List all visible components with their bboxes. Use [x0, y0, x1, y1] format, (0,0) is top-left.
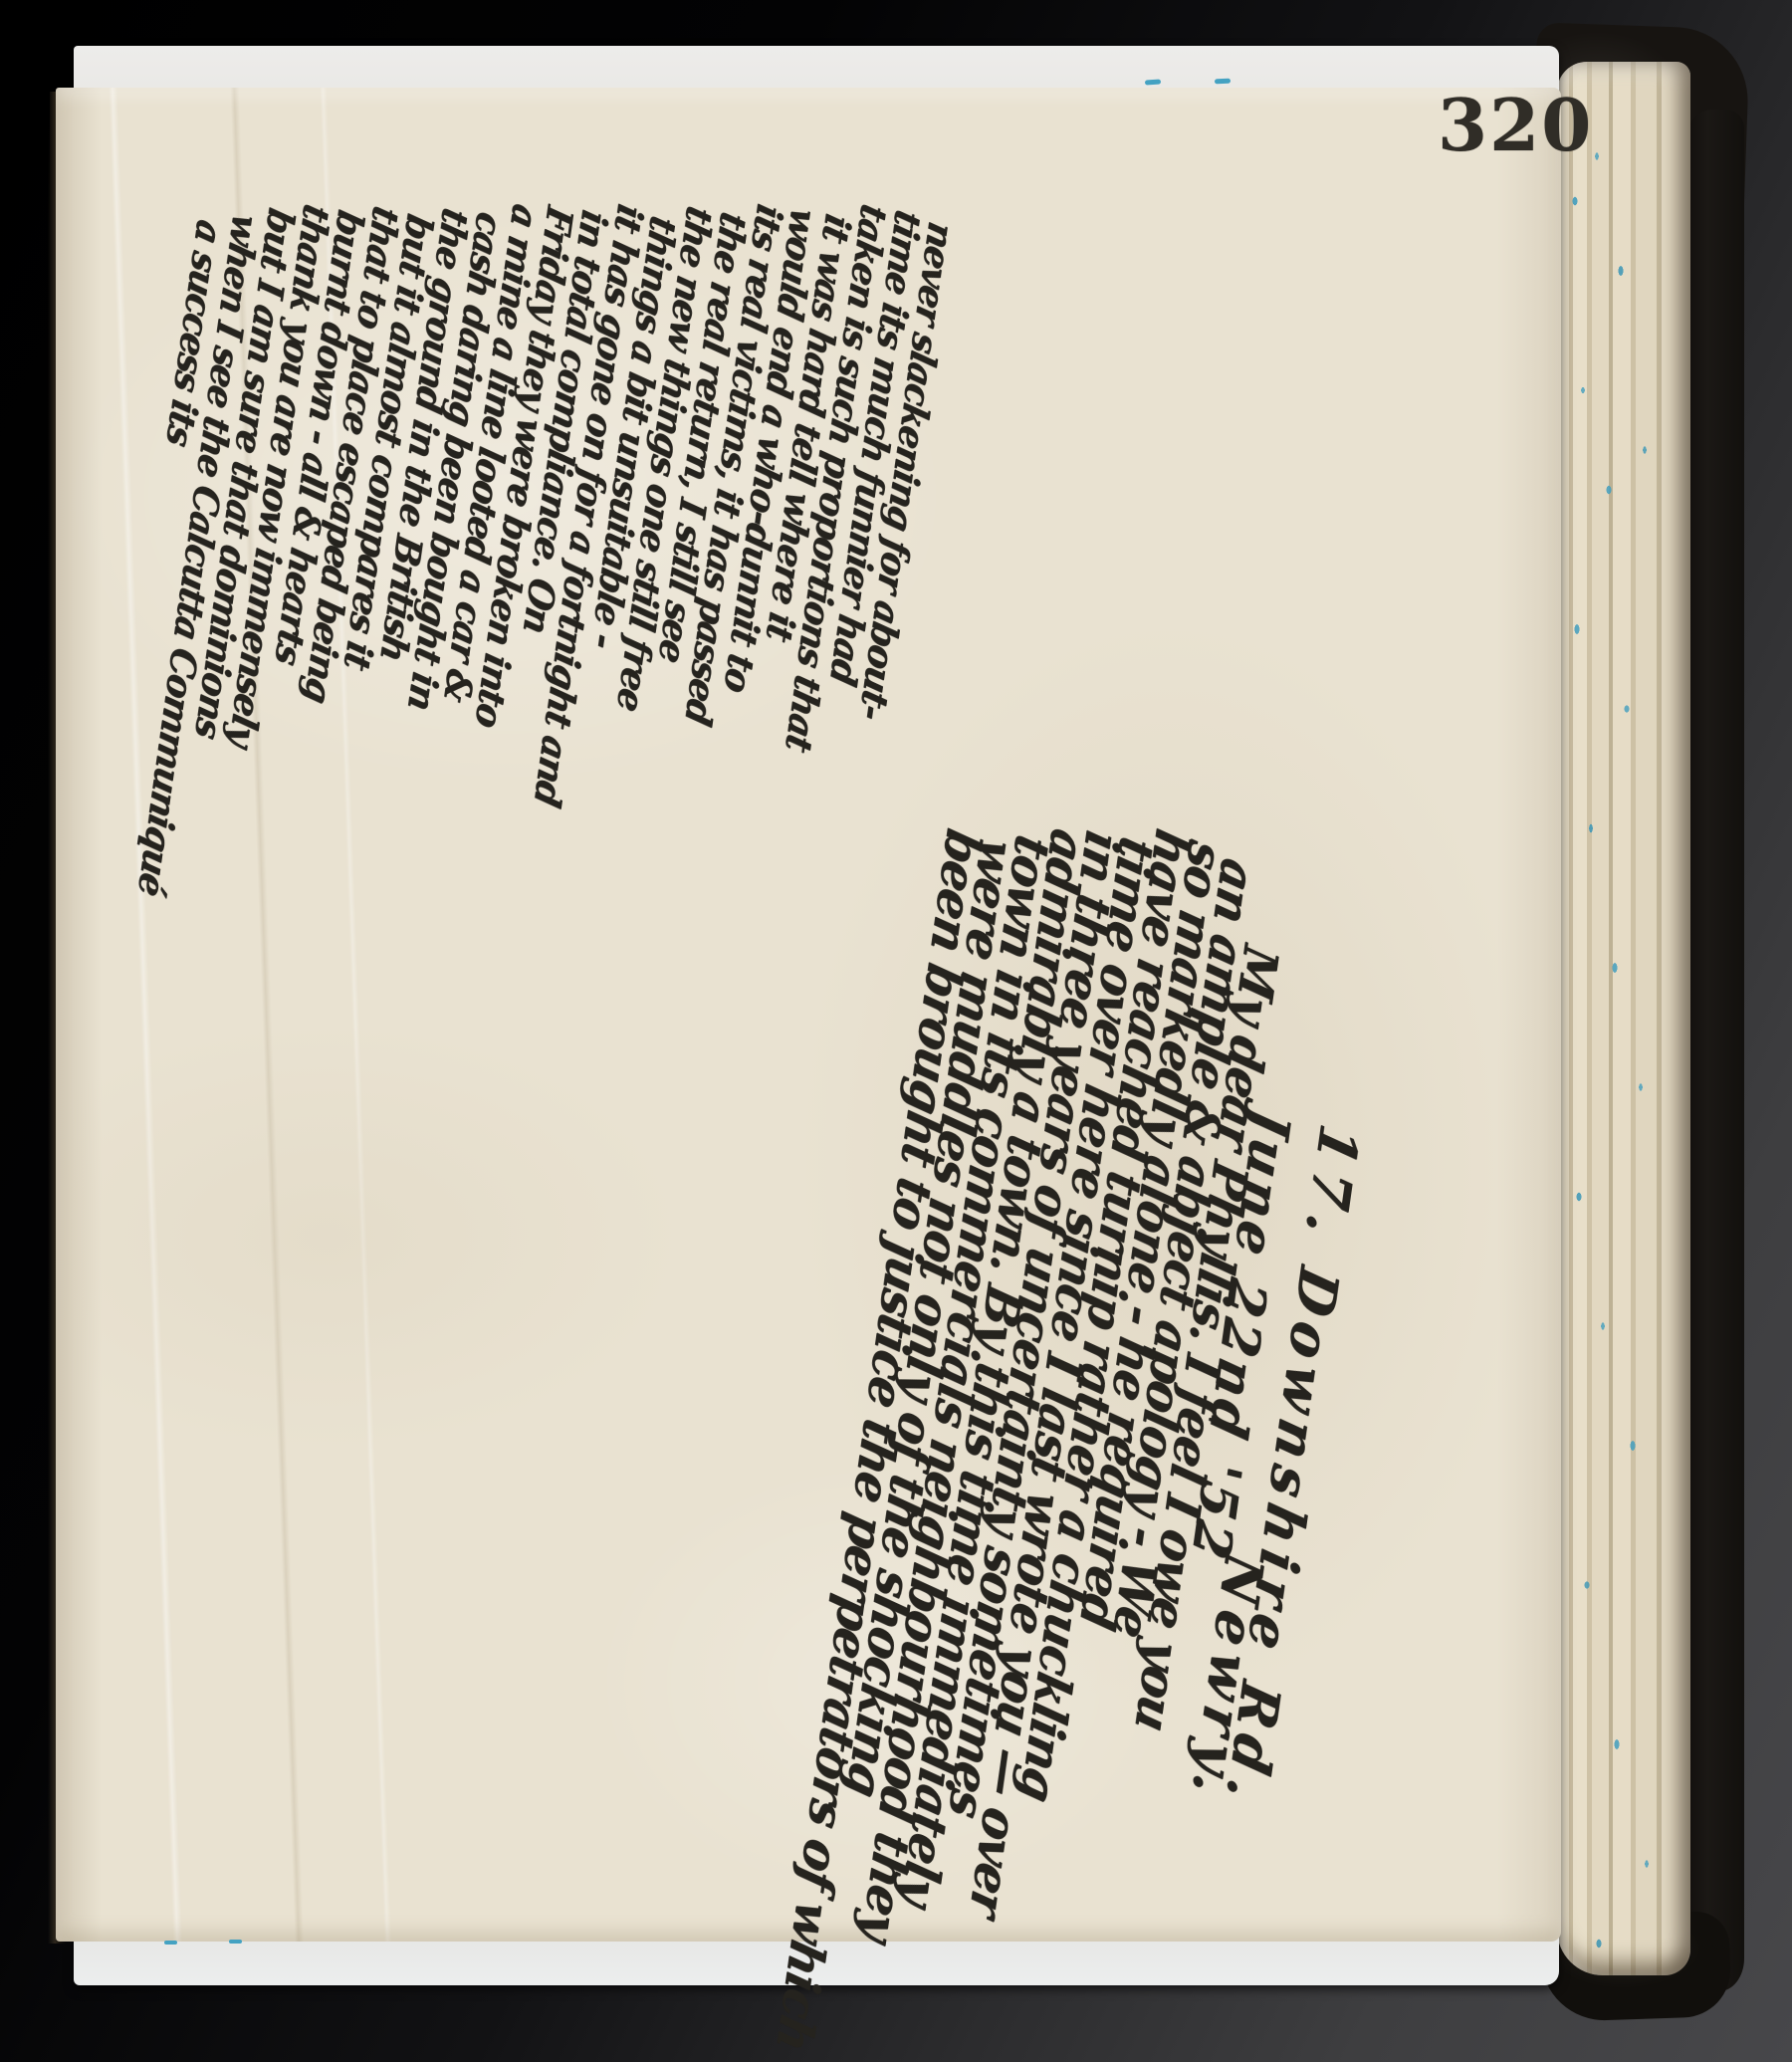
photographed-album-page: 320 never slackening for about-time its … [0, 0, 1792, 2062]
blue-registration-dash [1215, 79, 1231, 85]
blue-registration-dash [229, 1940, 242, 1944]
page-number: 320 [1438, 90, 1567, 161]
facing-page-sliver [0, 96, 54, 1944]
handwriting-block-continuation-page: never slackening for about-time its much… [192, 204, 961, 805]
fore-edge-page-stack [1557, 62, 1690, 1975]
blue-registration-dash [164, 1941, 177, 1945]
gutter-shadow [0, 80, 50, 299]
handwriting-block-letter-first-page: 17. Downshire Rd.Newry.June 22nd '52My d… [944, 829, 1399, 1933]
